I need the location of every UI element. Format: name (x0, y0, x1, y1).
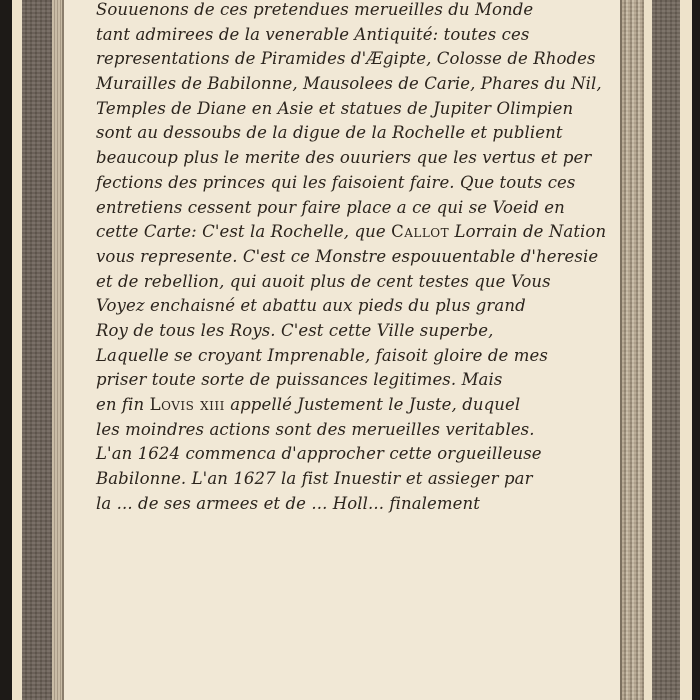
text-line: entretiens cessent pour faire place a ce… (96, 196, 624, 221)
text-fragment: appellé Justement le Juste, duquel (230, 395, 520, 414)
text-line: vous represente. C'est ce Monstre espouu… (96, 245, 624, 270)
text-line: les moindres actions sont des merueilles… (96, 418, 624, 443)
text-line: Babilonne. L'an 1627 la fist Inuestir et… (96, 467, 624, 492)
text-line: Laquelle se croyant Imprenable, faisoit … (96, 344, 624, 369)
text-fragment: en fin (96, 395, 144, 414)
text-line: fections des princes qui les faisoient f… (96, 171, 624, 196)
text-line: L'an 1624 commenca d'approcher cette org… (96, 442, 624, 467)
text-line: cette Carte: C'est la Rochelle, que Call… (96, 220, 624, 245)
artist-name-callot: Callot (391, 222, 449, 241)
margin-strip-right-outer (680, 0, 692, 700)
text-line: Roy de tous les Roys. C'est cette Ville … (96, 319, 624, 344)
border-band-hatched-right (622, 0, 644, 700)
text-line: Temples de Diane en Asie et statues de J… (96, 97, 624, 122)
border-band-light-left (52, 0, 62, 700)
text-line: Voyez enchaisné et abattu aux pieds du p… (96, 294, 624, 319)
text-line: priser toute sorte de puissances legitim… (96, 368, 624, 393)
margin-strip-right (644, 0, 652, 700)
text-line: et de rebellion, qui auoit plus de cent … (96, 270, 624, 295)
text-fragment: Lorrain de Nation (455, 222, 607, 241)
text-line: tant admirees de la venerable Antiquité:… (96, 23, 624, 48)
border-band-dark-right (652, 0, 680, 700)
outer-black-edge-right (692, 0, 700, 700)
text-line: beaucoup plus le merite des ouuriers que… (96, 146, 624, 171)
text-fragment: cette Carte: C'est la Rochelle, que (96, 222, 386, 241)
text-line: representations de Piramides d'Ægipte, C… (96, 47, 624, 72)
text-line: sont au dessoubs de la digue de la Roche… (96, 121, 624, 146)
king-name-louis-xiii: Lovis xiii (150, 395, 225, 414)
border-band-dark-left (22, 0, 52, 700)
text-line: en fin Lovis xiii appellé Justement le J… (96, 393, 624, 418)
text-line: Souuenons de ces pretendues merueilles d… (96, 0, 624, 23)
text-line: la ... de ses armees et de ... Holl... f… (96, 492, 624, 517)
margin-strip-left (12, 0, 22, 700)
text-line: Murailles de Babilonne, Mausolees de Car… (96, 72, 624, 97)
inscription-text: Souuenons de ces pretendues merueilles d… (96, 0, 624, 516)
outer-black-edge-left (0, 0, 12, 700)
